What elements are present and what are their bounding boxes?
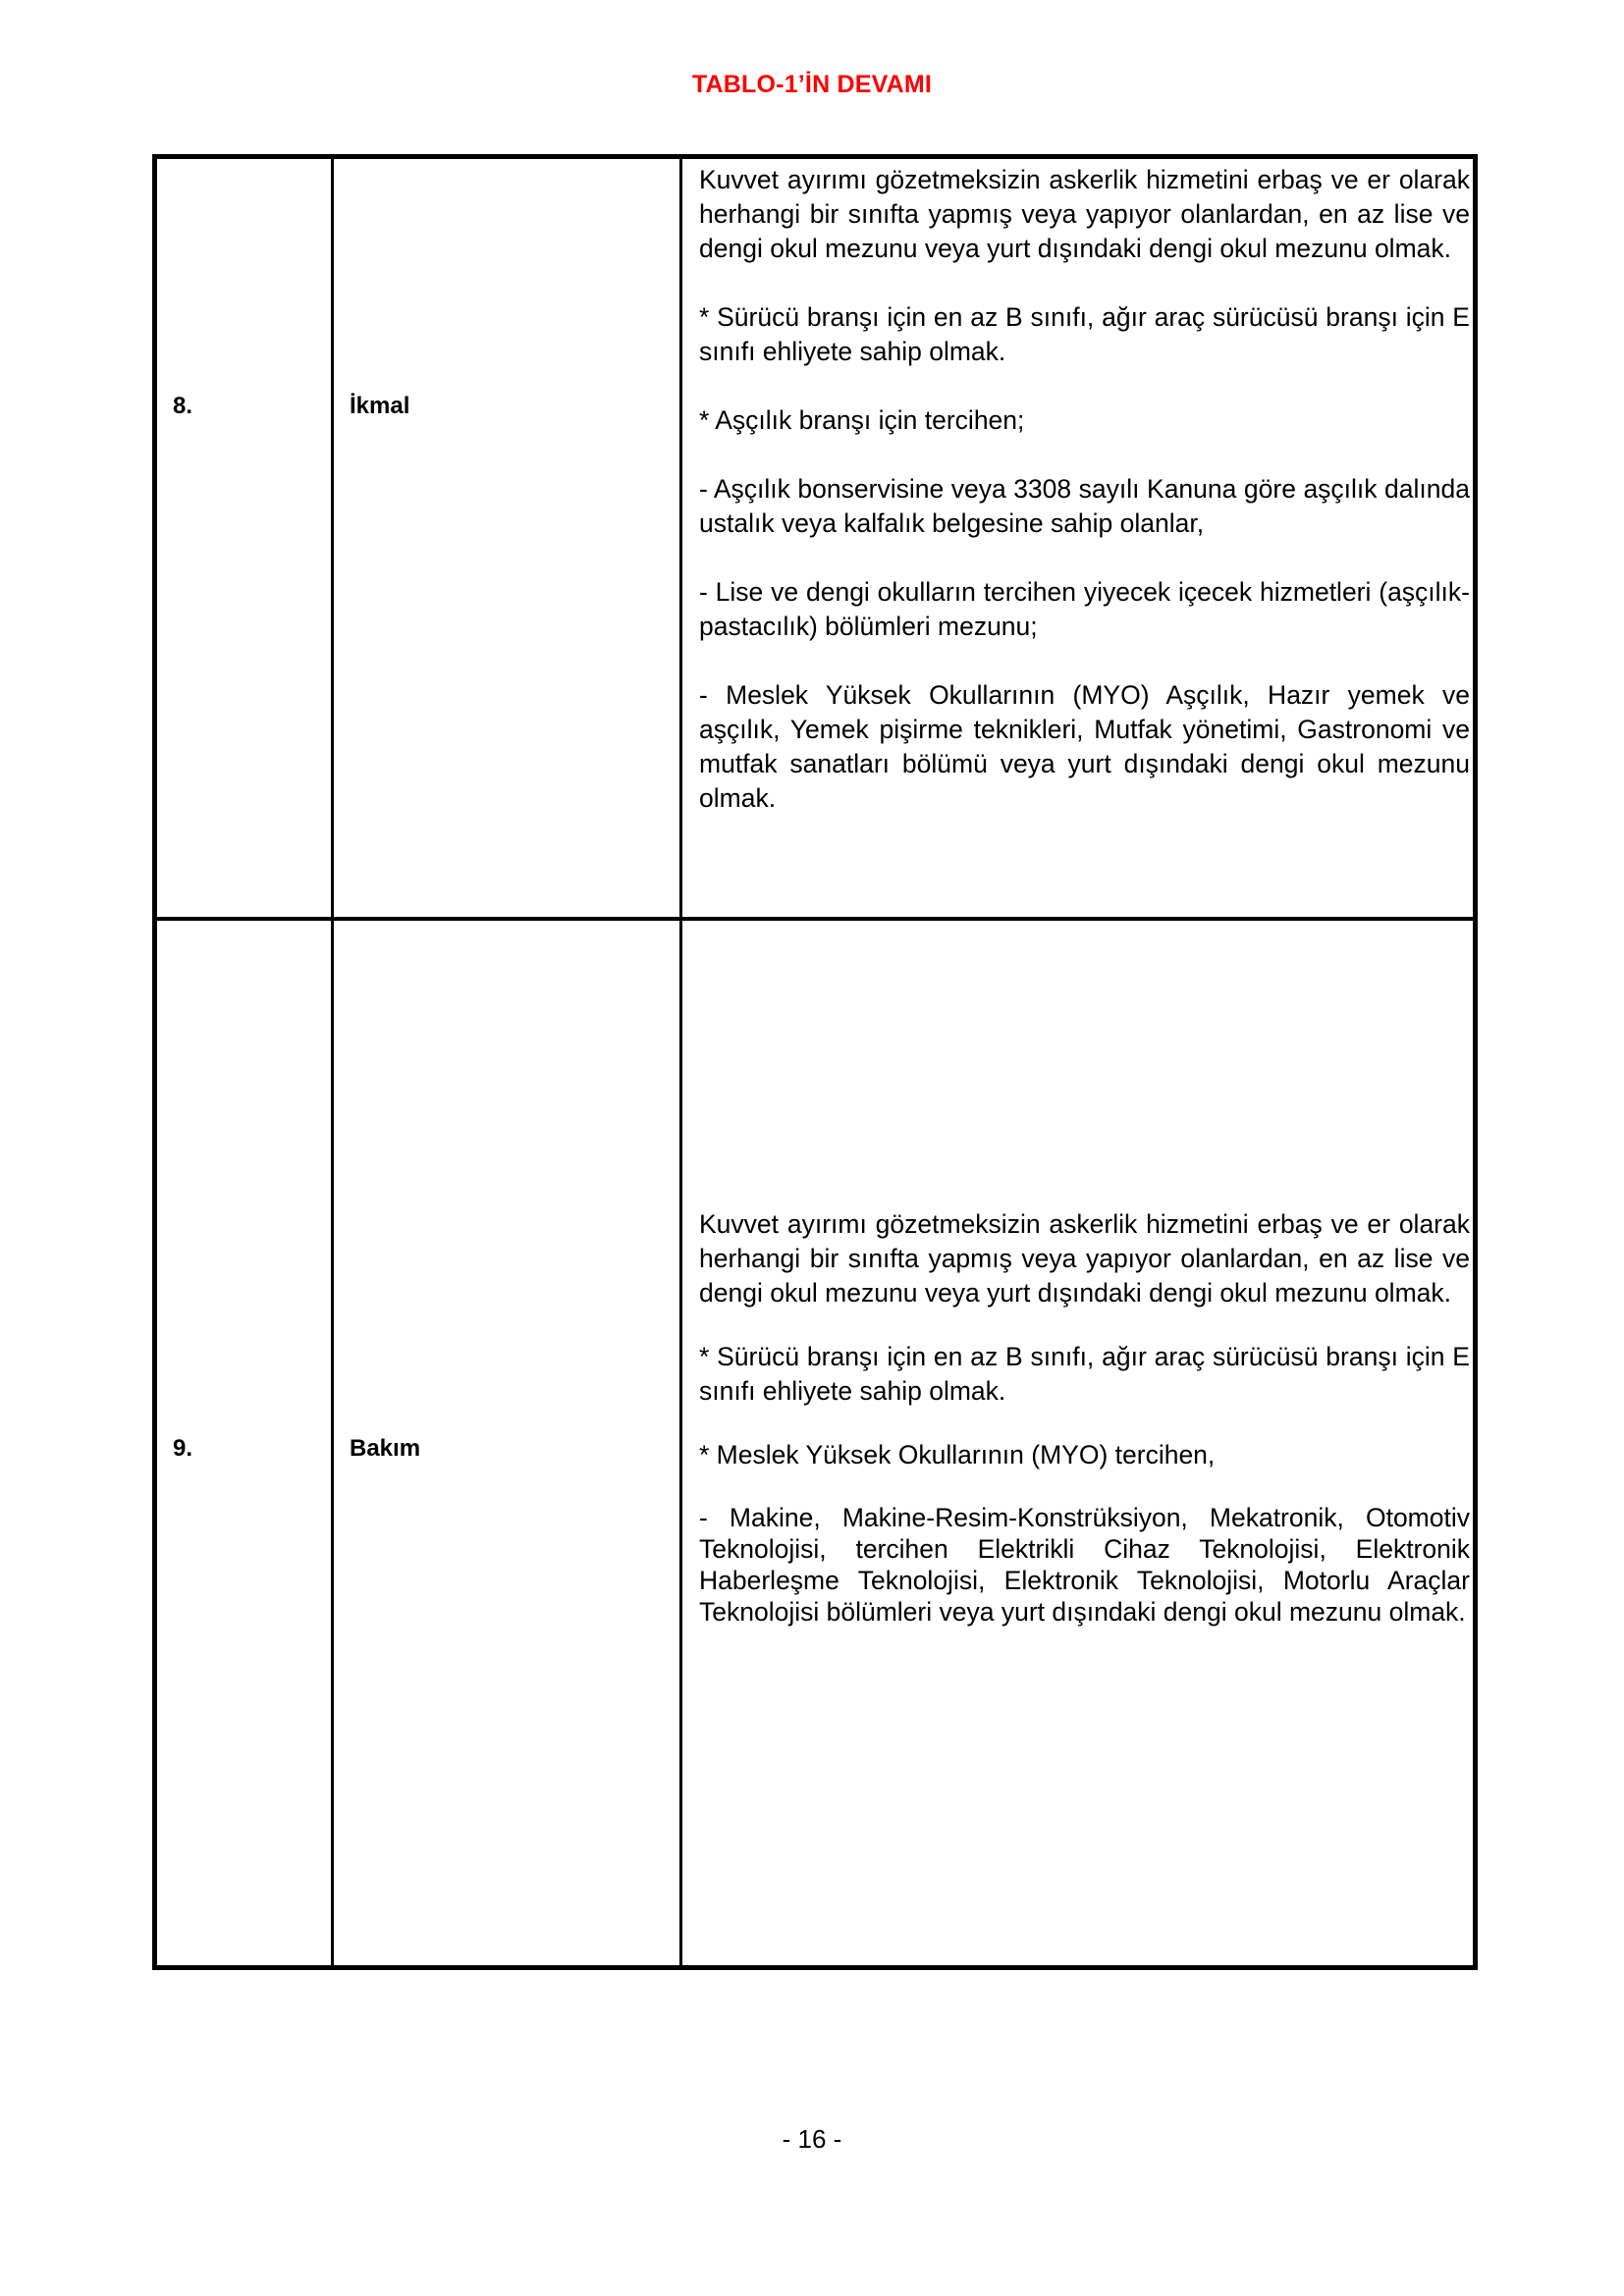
page-number: - 16 - xyxy=(0,2124,1624,2155)
requirement-paragraph: - Aşçılık bonservisine veya 3308 sayılı … xyxy=(699,472,1470,541)
requirement-paragraph: Kuvvet ayırımı gözetmeksizin askerlik hi… xyxy=(699,1207,1470,1310)
requirement-paragraph: - Makine, Makine-Resim-Konstrüksiyon, Me… xyxy=(699,1502,1470,1628)
column-divider xyxy=(679,159,682,1965)
row-number: 9. xyxy=(173,1435,192,1463)
column-divider xyxy=(331,159,334,1965)
requirement-paragraph: Kuvvet ayırımı gözetmeksizin askerlik hi… xyxy=(699,163,1470,266)
requirement-paragraph: * Aşçılık branşı için tercihen; xyxy=(699,403,1470,438)
requirements-text: Kuvvet ayırımı gözetmeksizin askerlik hi… xyxy=(699,163,1470,816)
requirements-table: 8. İkmal Kuvvet ayırımı gözetmeksizin as… xyxy=(152,154,1478,1970)
requirement-paragraph: * Sürücü branşı için en az B sınıfı, ağı… xyxy=(699,1340,1470,1409)
requirement-paragraph: - Meslek Yüksek Okullarının (MYO) Aşçılı… xyxy=(699,678,1470,816)
requirement-paragraph: * Meslek Yüksek Okullarının (MYO) tercih… xyxy=(699,1438,1470,1472)
branch-name: Bakım xyxy=(350,1435,420,1463)
branch-name: İkmal xyxy=(350,393,409,420)
row-number: 8. xyxy=(173,393,192,420)
requirement-paragraph: - Lise ve dengi okulların tercihen yiyec… xyxy=(699,575,1470,644)
row-divider xyxy=(157,917,1473,921)
requirement-paragraph: * Sürücü branşı için en az B sınıfı, ağı… xyxy=(699,300,1470,369)
requirements-text: Kuvvet ayırımı gözetmeksizin askerlik hi… xyxy=(699,1207,1470,1628)
page-title: TABLO-1’İN DEVAMI xyxy=(0,71,1624,99)
